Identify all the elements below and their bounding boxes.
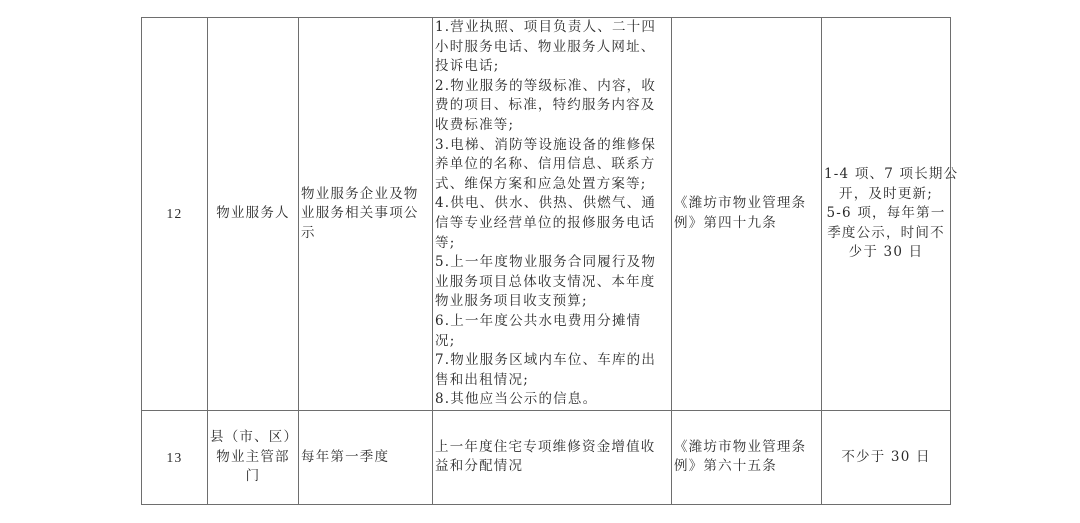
text-line: 售和出租情况; xyxy=(435,371,669,391)
text-line: 2.物业服务的等级标准、内容，收 xyxy=(435,77,669,97)
disclosure-content: 上一年度住宅专项维修资金增值收 益和分配情况 xyxy=(433,410,672,504)
text-line: 例》第六十五条 xyxy=(674,457,819,477)
disclosure-time: 不少于 30 日 xyxy=(822,410,951,504)
text-line: 《潍坊市物业管理条 xyxy=(674,438,819,458)
text-line: 益和分配情况 xyxy=(435,457,669,477)
text-line: 养单位的名称、信用信息、联系方 xyxy=(435,155,669,175)
text-line: 1-4 项、7 项长期公 xyxy=(824,165,948,185)
text-line: 示 xyxy=(301,224,430,244)
disclosure-subject: 县（市、区） 物业主管部 门 xyxy=(208,410,299,504)
text-line: 8.其他应当公示的信息。 xyxy=(435,390,669,410)
text-line: 物业服务项目收支预算; xyxy=(435,292,669,312)
disclosure-subject: 物业服务人 xyxy=(208,18,299,411)
text-line: 每年第一季度 xyxy=(301,448,430,468)
row-number: 12 xyxy=(142,18,208,411)
text-line: 小时服务电话、物业服务人网址、 xyxy=(435,38,669,58)
legal-basis: 《潍坊市物业管理条 例》第六十五条 xyxy=(672,410,822,504)
disclosure-time: 1-4 项、7 项长期公 开，及时更新; 5-6 项，每年第一 季度公示，时间不… xyxy=(822,18,951,411)
text-line: 例》第四十九条 xyxy=(674,214,819,234)
text-line: 收费标准等; xyxy=(435,116,669,136)
text-line: 式、维保方案和应急处置方案等; xyxy=(435,175,669,195)
text-line: 4.供电、供水、供热、供燃气、通 xyxy=(435,194,669,214)
text-line: 季度公示，时间不 xyxy=(824,224,948,244)
text-line: 《潍坊市物业管理条 xyxy=(674,194,819,214)
text-line: 5-6 项，每年第一 xyxy=(824,204,948,224)
text-line: 开，及时更新; xyxy=(824,185,948,205)
text-line: 门 xyxy=(210,467,296,487)
text-line: 少于 30 日 xyxy=(824,243,948,263)
disclosure-table: 12 物业服务人 物业服务企业及物 业服务相关事项公 示 1.营业执照、项目负责… xyxy=(141,17,951,505)
disclosure-content: 1.营业执照、项目负责人、二十四 小时服务电话、物业服务人网址、 投诉电话; 2… xyxy=(433,18,672,411)
text-line: 信等专业经营单位的报修服务电话 xyxy=(435,214,669,234)
legal-basis: 《潍坊市物业管理条 例》第四十九条 xyxy=(672,18,822,411)
text-line: 投诉电话; xyxy=(435,57,669,77)
table-row: 12 物业服务人 物业服务企业及物 业服务相关事项公 示 1.营业执照、项目负责… xyxy=(142,18,951,411)
text-line: 1.营业执照、项目负责人、二十四 xyxy=(435,18,669,38)
text-line: 县（市、区） xyxy=(210,428,296,448)
disclosure-item: 每年第一季度 xyxy=(299,410,433,504)
table-row: 13 县（市、区） 物业主管部 门 每年第一季度 上一年度住宅专项维修资金增值收… xyxy=(142,410,951,504)
text-line: 上一年度住宅专项维修资金增值收 xyxy=(435,438,669,458)
text-line: 等; xyxy=(435,234,669,254)
text-line: 业服务相关事项公 xyxy=(301,204,430,224)
text-line: 物业主管部 xyxy=(210,448,296,468)
text-line: 物业服务企业及物 xyxy=(301,185,430,205)
disclosure-item: 物业服务企业及物 业服务相关事项公 示 xyxy=(299,18,433,411)
text-line: 3.电梯、消防等设施设备的维修保 xyxy=(435,136,669,156)
text-line: 不少于 30 日 xyxy=(824,448,948,468)
text-line: 业服务项目总体收支情况、本年度 xyxy=(435,273,669,293)
text-line: 6.上一年度公共水电费用分摊情 xyxy=(435,312,669,332)
text-line: 5.上一年度物业服务合同履行及物 xyxy=(435,253,669,273)
row-number: 13 xyxy=(142,410,208,504)
text-line: 况; xyxy=(435,332,669,352)
text-line: 7.物业服务区域内车位、车库的出 xyxy=(435,351,669,371)
text-line: 费的项目、标准，特约服务内容及 xyxy=(435,96,669,116)
